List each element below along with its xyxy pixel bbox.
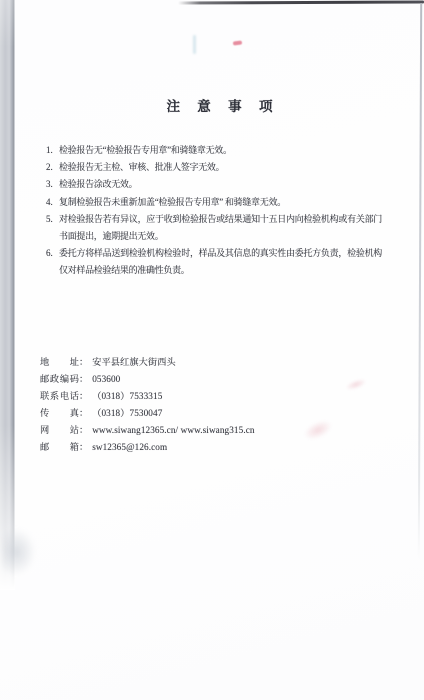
note-item-2: 2. 检验报告无主检、审核、批准人签字无效。 xyxy=(46,159,382,176)
note-text: 复制检验报告未重新加盖“检验报告专用章” 和骑缝章无效。 xyxy=(59,194,382,211)
note-number: 5. xyxy=(46,211,59,228)
note-number: 3. xyxy=(46,176,59,193)
contact-colon: ： xyxy=(79,405,88,422)
contact-label: 传真 xyxy=(40,405,79,422)
contact-colon: ： xyxy=(79,439,88,456)
note-item-5: 5. 对检验报告若有异议，应于收到检验报告或结果通知十五日内向检验机构或有关部门… xyxy=(46,211,382,245)
note-number: 2. xyxy=(46,159,59,176)
document-content: 注 意 事 项 1. 检验报告无“检验报告专用章”和骑缝章无效。 2. 检验报告… xyxy=(15,0,424,456)
contact-row-postcode: 邮政编码：053600 xyxy=(40,371,424,388)
contact-colon: ： xyxy=(79,388,88,405)
contact-colon: ： xyxy=(79,422,88,439)
contact-value: 安平县红旗大街西头 xyxy=(92,354,176,371)
note-text: 检验报告涂改无效。 xyxy=(59,176,382,193)
contact-label: 网站 xyxy=(40,422,79,439)
scanner-left-edge-shadow xyxy=(0,0,15,590)
notes-list: 1. 检验报告无“检验报告专用章”和骑缝章无效。 2. 检验报告无主检、审核、批… xyxy=(46,142,382,280)
note-text: 委托方将样品送到检验机构检验时，样品及其信息的真实性由委托方负责，检验机构仅对样… xyxy=(59,245,382,279)
contact-value: 053600 xyxy=(92,371,120,388)
contact-row-fax: 传真：（0318）7530047 xyxy=(40,405,424,422)
contact-value: sw12365@126.com xyxy=(92,439,167,456)
note-item-3: 3. 检验报告涂改无效。 xyxy=(46,176,382,193)
note-number: 6. xyxy=(46,245,59,262)
contact-colon: ： xyxy=(79,354,88,371)
note-text: 检验报告无主检、审核、批准人签字无效。 xyxy=(59,159,382,176)
note-item-1: 1. 检验报告无“检验报告专用章”和骑缝章无效。 xyxy=(46,142,382,159)
contact-value: （0318）7533315 xyxy=(92,388,162,405)
contact-label: 地址 xyxy=(40,354,79,371)
page-title: 注 意 事 项 xyxy=(15,99,424,115)
contact-row-email: 邮箱：sw12365@126.com xyxy=(40,439,424,456)
note-item-6: 6. 委托方将样品送到检验机构检验时，样品及其信息的真实性由委托方负责，检验机构… xyxy=(46,245,382,279)
contact-row-website: 网站：www.siwang12365.cn/ www.siwang315.cn xyxy=(40,422,424,439)
contact-label: 联系电话 xyxy=(40,388,79,405)
contact-label: 邮箱 xyxy=(40,439,79,456)
note-text: 检验报告无“检验报告专用章”和骑缝章无效。 xyxy=(59,142,382,159)
note-item-4: 4. 复制检验报告未重新加盖“检验报告专用章” 和骑缝章无效。 xyxy=(46,194,382,211)
note-number: 4. xyxy=(46,194,59,211)
contact-row-phone: 联系电话：（0318）7533315 xyxy=(40,388,424,405)
scanned-page: 注 意 事 项 1. 检验报告无“检验报告专用章”和骑缝章无效。 2. 检验报告… xyxy=(0,0,424,700)
contact-value: （0318）7530047 xyxy=(92,405,162,422)
note-number: 1. xyxy=(46,142,59,159)
contact-value: www.siwang12365.cn/ www.siwang315.cn xyxy=(92,422,254,439)
contact-block: 地址：安平县红旗大街西头 邮政编码：053600 联系电话：（0318）7533… xyxy=(40,354,424,456)
scanner-edge-smudge xyxy=(2,528,36,576)
contact-colon: ： xyxy=(79,371,88,388)
note-text: 对检验报告若有异议，应于收到检验报告或结果通知十五日内向检验机构或有关部门书面提… xyxy=(59,211,382,245)
contact-row-address: 地址：安平县红旗大街西头 xyxy=(40,354,424,371)
contact-label: 邮政编码 xyxy=(40,371,79,388)
